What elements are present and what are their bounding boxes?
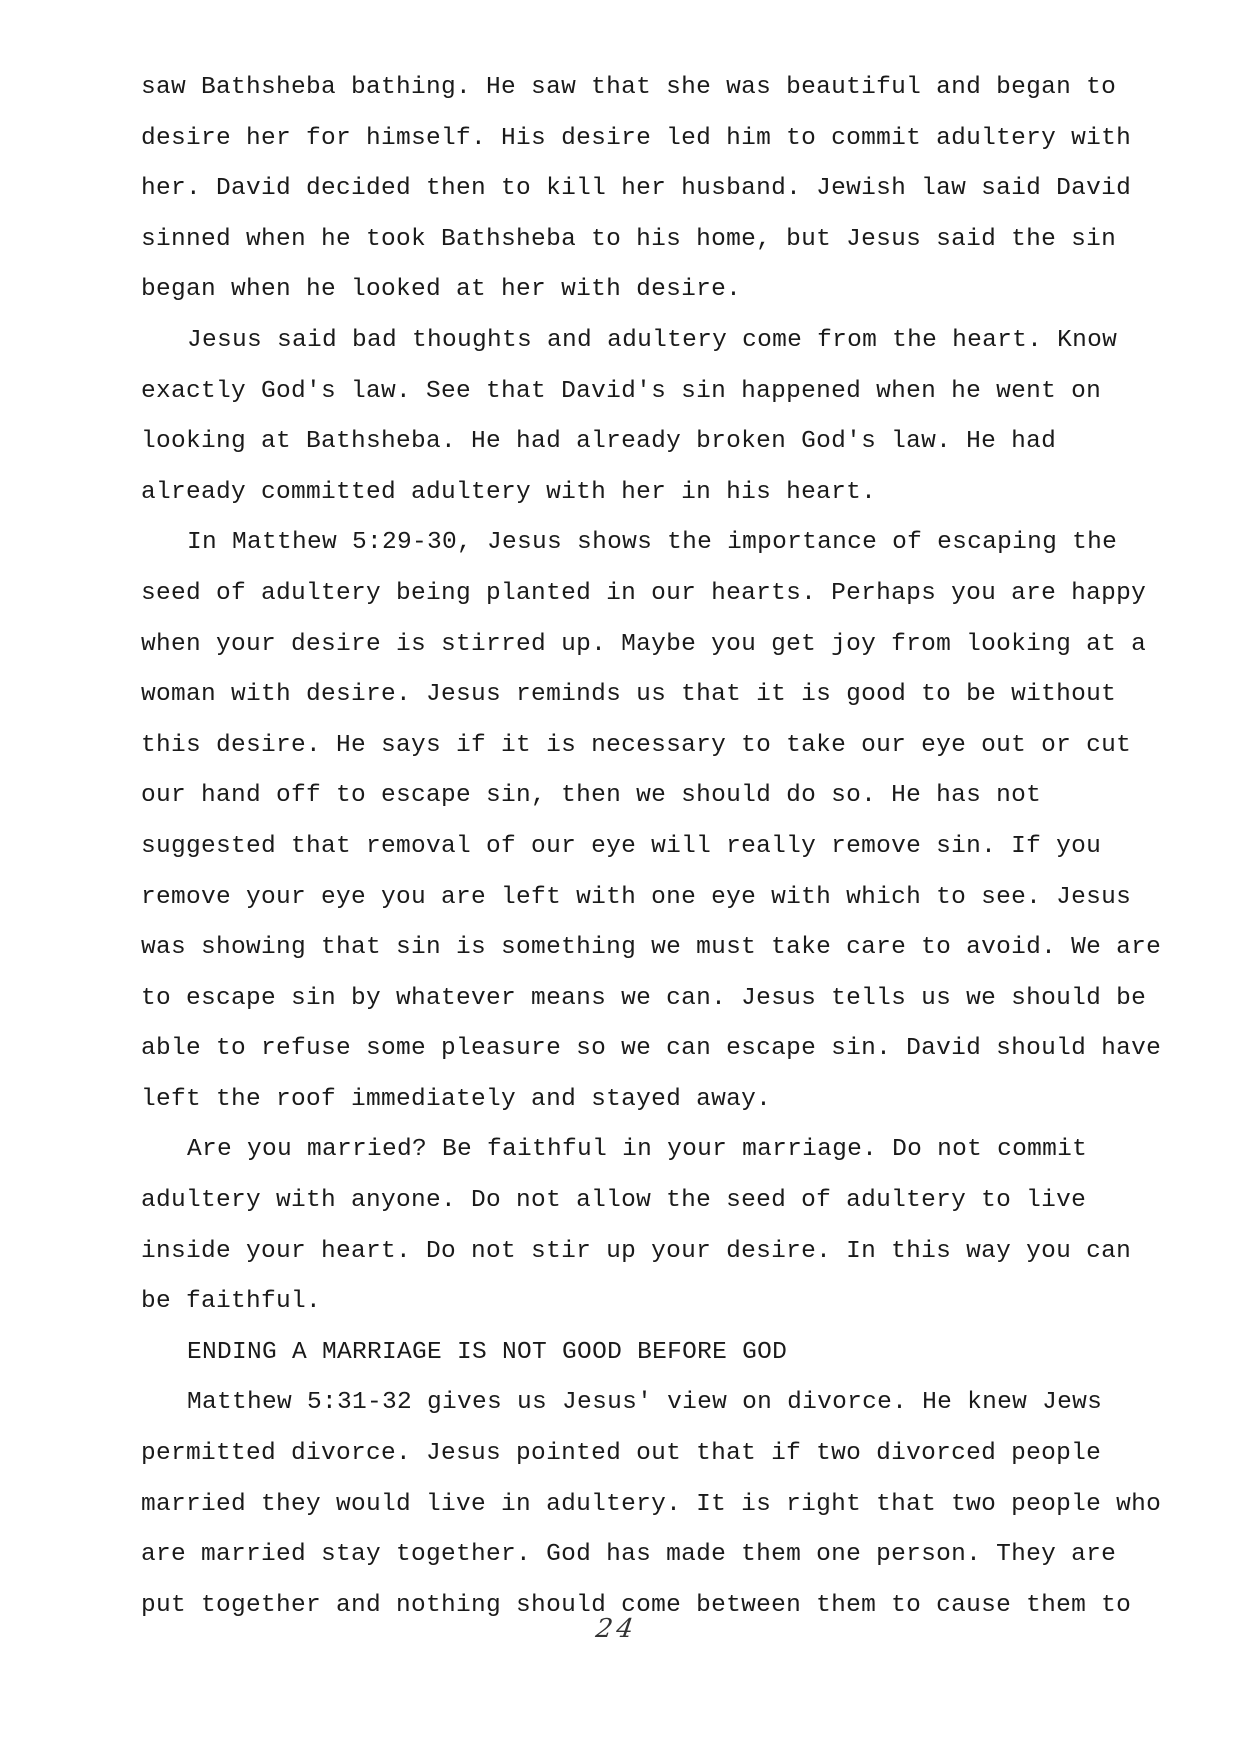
text-line: adultery with anyone. Do not allow the s… (141, 1176, 1221, 1227)
text-line: woman with desire. Jesus reminds us that… (141, 670, 1221, 721)
section-heading: ENDING A MARRIAGE IS NOT GOOD BEFORE GOD (141, 1328, 1221, 1379)
text-line: inside your heart. Do not stir up your d… (141, 1227, 1221, 1278)
text-line: exactly God's law. See that David's sin … (141, 367, 1221, 418)
text-line: this desire. He says if it is necessary … (141, 721, 1221, 772)
text-line: permitted divorce. Jesus pointed out tha… (141, 1429, 1221, 1480)
text-line: her. David decided then to kill her husb… (141, 164, 1221, 215)
text-line: married they would live in adultery. It … (141, 1480, 1221, 1531)
text-line: our hand off to escape sin, then we shou… (141, 771, 1221, 822)
text-line: Jesus said bad thoughts and adultery com… (141, 316, 1221, 367)
text-line: suggested that removal of our eye will r… (141, 822, 1221, 873)
text-line: to escape sin by whatever means we can. … (141, 974, 1221, 1025)
text-line: seed of adultery being planted in our he… (141, 569, 1221, 620)
text-line: desire her for himself. His desire led h… (141, 114, 1221, 165)
text-line: put together and nothing should come bet… (141, 1581, 1221, 1632)
text-line: In Matthew 5:29-30, Jesus shows the impo… (141, 518, 1221, 569)
document-page: saw Bathsheba bathing. He saw that she w… (0, 0, 1240, 1753)
text-line: began when he looked at her with desire. (141, 265, 1221, 316)
text-line: already committed adultery with her in h… (141, 468, 1221, 519)
text-line: looking at Bathsheba. He had already bro… (141, 417, 1221, 468)
text-line: left the roof immediately and stayed awa… (141, 1075, 1221, 1126)
text-line: are married stay together. God has made … (141, 1530, 1221, 1581)
page-number: 24 (594, 1614, 639, 1644)
text-line: was showing that sin is something we mus… (141, 923, 1221, 974)
text-line: sinned when he took Bathsheba to his hom… (141, 215, 1221, 266)
text-line: Are you married? Be faithful in your mar… (141, 1125, 1221, 1176)
text-line: Matthew 5:31-32 gives us Jesus' view on … (141, 1378, 1221, 1429)
text-line: when your desire is stirred up. Maybe yo… (141, 620, 1221, 671)
text-line: saw Bathsheba bathing. He saw that she w… (141, 63, 1221, 114)
document-body: saw Bathsheba bathing. He saw that she w… (141, 63, 1221, 1631)
text-line: be faithful. (141, 1277, 1221, 1328)
text-line: remove your eye you are left with one ey… (141, 873, 1221, 924)
text-line: able to refuse some pleasure so we can e… (141, 1024, 1221, 1075)
